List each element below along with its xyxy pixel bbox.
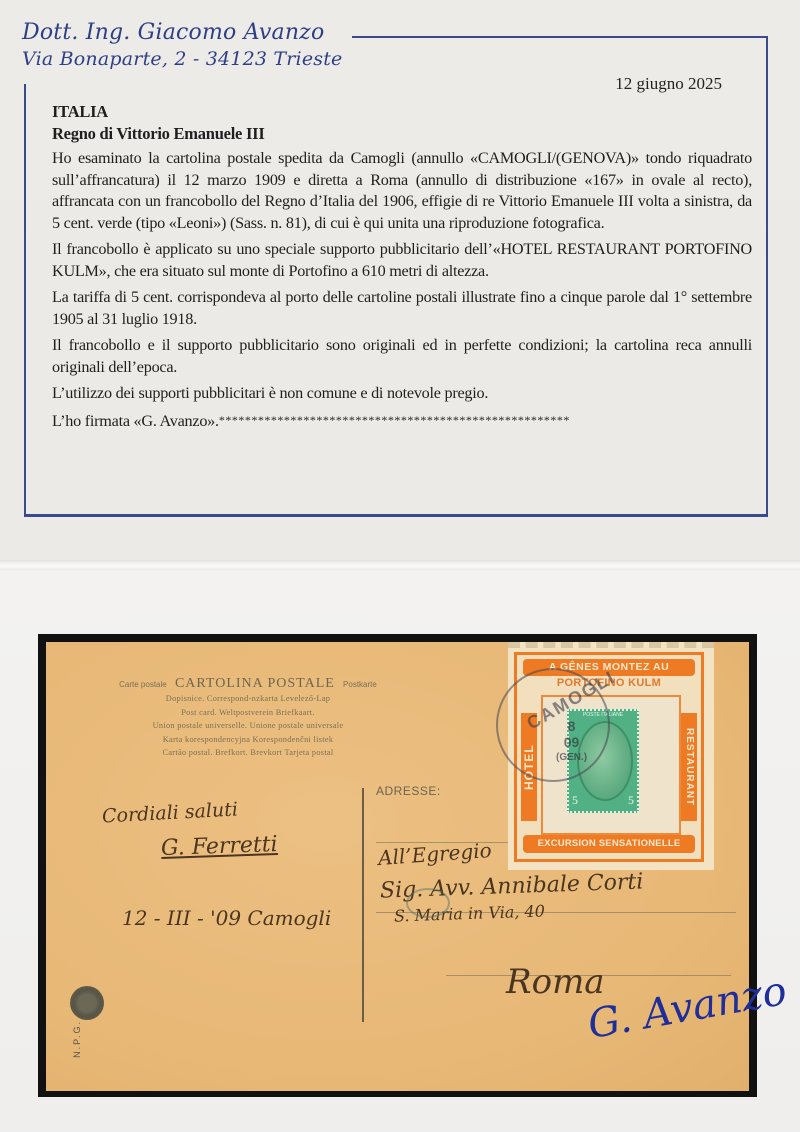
header-line: Cartão postal. Brefkort. Brevkort Tarjet… [98, 746, 398, 760]
signed-line: L’ho firmata «G. Avanzo».***************… [52, 410, 752, 433]
header-line: Karta korespondencyjna Korespondenčni li… [98, 733, 398, 747]
address-label: ADRESSE: [376, 784, 441, 798]
paragraph-condition: Il francobollo e il supporto pubblicitar… [52, 335, 752, 378]
paragraph-support: Il francobollo è applicato su uno specia… [52, 239, 752, 282]
title-row: Carte postale CARTOLINA POSTALE Postkart… [98, 676, 398, 692]
stamp-value-right: 5 [628, 793, 634, 808]
printer-mark: N.P.G. [72, 1020, 82, 1058]
stamp-value-left: 5 [572, 793, 578, 808]
printer-seal-icon [70, 986, 104, 1020]
paragraph-rarity: L’utilizzo dei supporti pubblicitari è n… [52, 383, 752, 405]
header-line: Post card. Weltpostverein Briefkaart. [98, 706, 398, 720]
star-fill: ****************************************… [219, 413, 570, 427]
handwritten-greeting: Cordiali saluti [102, 798, 239, 827]
handwritten-sender-signature: G. Ferretti [161, 832, 278, 861]
signed-text: L’ho firmata «G. Avanzo». [52, 412, 219, 430]
frame-border-right [766, 36, 768, 517]
fold-crease [0, 560, 800, 570]
postmark-day: 8 [556, 718, 587, 734]
handwritten-date-place: 12 - III - '09 Camogli [122, 906, 331, 930]
postcard-header: Carte postale CARTOLINA POSTALE Postkart… [98, 676, 398, 760]
certificate-date: 12 giugno 2025 [615, 74, 722, 94]
country-heading: ITALIA [52, 101, 752, 123]
header-line: Dopisnice. Correspond-nzkarta Levelező-L… [98, 692, 398, 706]
title-left: Carte postale [119, 680, 167, 689]
paragraph-description: Ho esaminato la cartolina postale spedit… [52, 148, 752, 234]
frame-border-top [352, 36, 768, 38]
handwritten-recipient-city: Roma [506, 962, 605, 1002]
paragraph-tariff: La tariffa di 5 cent. corrispondeva al p… [52, 287, 752, 330]
frame-border-bottom [24, 514, 768, 517]
oval-distribution-cancel [406, 888, 450, 918]
postmark-year: 09 [556, 734, 587, 750]
letterhead-name: Dott. Ing. Giacomo Avanzo [22, 20, 324, 45]
postmark-date: 8 09 (GEN.) [556, 718, 587, 766]
header-line: Union postale universelle. Unione postal… [98, 719, 398, 733]
letterhead-address: Via Bonaparte, 2 - 34123 Trieste [22, 48, 343, 70]
frame-border-left [24, 84, 26, 517]
label-side-right: RESTAURANT [681, 713, 697, 821]
period-heading: Regno di Vittorio Emanuele III [52, 123, 752, 145]
title-right: Postkarte [343, 680, 377, 689]
certificate-body: ITALIA Regno di Vittorio Emanuele III Ho… [52, 101, 752, 437]
postcard-divider [362, 788, 364, 1022]
label-bottom-banner: EXCURSION SENSATIONELLE [523, 835, 695, 853]
postcard-title: CARTOLINA POSTALE [175, 676, 335, 691]
postmark-province: (GEN.) [556, 750, 587, 766]
